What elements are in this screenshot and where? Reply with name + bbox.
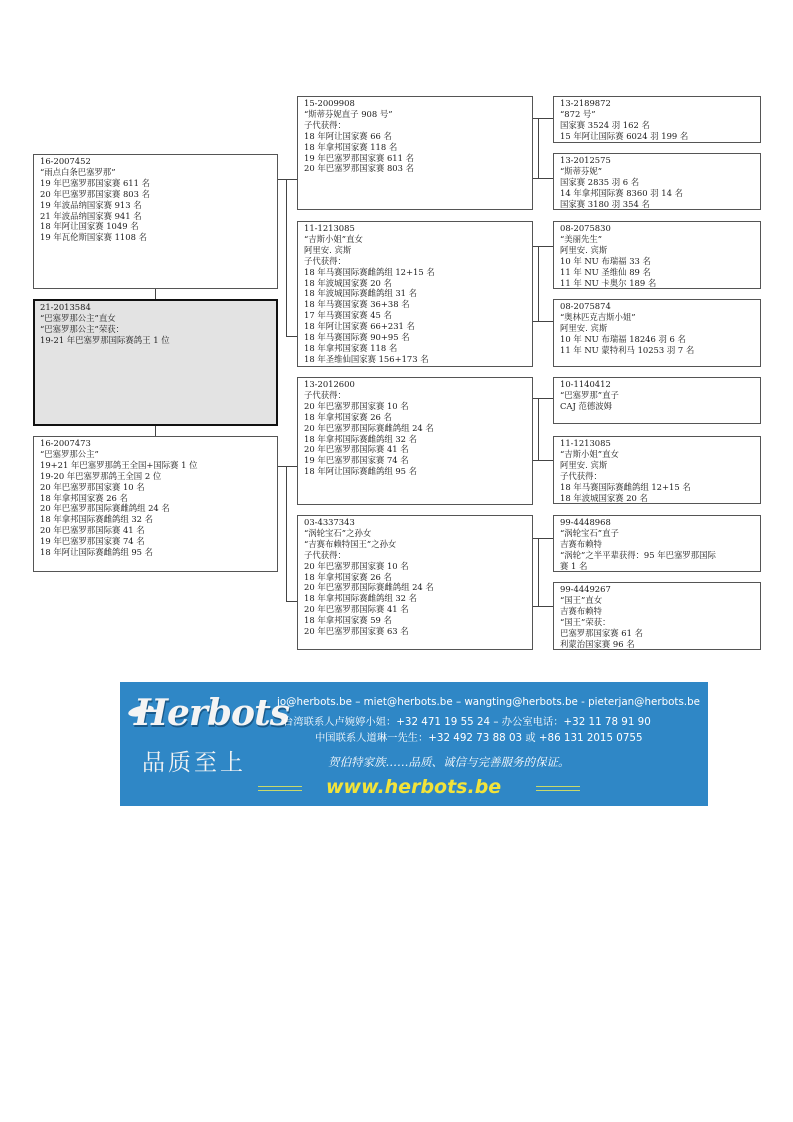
result-line: 14 年拿邦国际赛 8360 羽 14 名	[560, 188, 760, 199]
result-line: 18 年拿邦国家赛 118 名	[304, 343, 532, 354]
ring-number: 08-2075830	[560, 223, 760, 234]
connector	[533, 321, 553, 322]
connector	[538, 118, 539, 178]
result-line: 20 年巴塞罗那国家赛 803 名	[40, 189, 277, 200]
ring-number: 03-4337343	[304, 517, 532, 528]
pigeon-name: “吉赛布赖特国王”之孙女	[304, 539, 532, 550]
pedigree-card-dam: 16-2007473 “巴塞罗那公主” 19+21 年巴塞罗那鸽王全国+国际赛 …	[33, 436, 278, 572]
connector	[286, 466, 287, 601]
pigeon-name: “斯蒂芬妮直子 908 号”	[304, 109, 532, 120]
result-line: 利蒙治国家赛 96 名	[560, 639, 760, 650]
result-line: 18 年阿让国际赛雌鸽组 95 名	[304, 466, 532, 477]
result-line: “国王”荣获：	[560, 617, 760, 628]
result-line: 18 年阿让国家赛 66+231 名	[304, 321, 532, 332]
pedigree-card-subject: 21-2013584 “巴塞罗那公主”直女 “巴塞罗那公主”荣获： 19-21 …	[33, 299, 278, 426]
ring-number: 13-2189872	[560, 98, 760, 109]
result-line: 20 年巴塞罗那国家赛 63 名	[304, 626, 532, 637]
pigeon-name: “涡轮宝石”直子	[560, 528, 760, 539]
result-line: 国家赛 3524 羽 162 名	[560, 120, 760, 131]
pigeon-name: “国王”直女	[560, 595, 760, 606]
breeder: 阿里安. 宾斯	[560, 323, 760, 334]
result-line: 国家赛 3180 羽 354 名	[560, 199, 760, 210]
result-line: 子代获得：	[304, 256, 532, 267]
result-line: 19-20 年巴塞罗那鸽王全国 2 位	[40, 471, 277, 482]
pedigree-card-ggp-5: 10-1140412 “巴塞罗那”直子 CAJ 范德波姆	[553, 377, 761, 424]
pedigree-card-ggp-8: 99-4449267 “国王”直女 吉赛布赖特 “国王”荣获： 巴塞罗那国家赛 …	[553, 582, 761, 650]
connector	[286, 336, 297, 337]
result-line: 子代获得：	[304, 390, 532, 401]
connector	[286, 601, 297, 602]
breeder: CAJ 范德波姆	[560, 401, 760, 412]
decorative-divider	[536, 786, 580, 791]
breeder: 吉赛布赖特	[560, 606, 760, 617]
result-line: 18 年圣维仙国家赛 156+173 名	[304, 354, 532, 365]
pigeon-name: “美丽先生”	[560, 234, 760, 245]
result-line: 20 年巴塞罗那国际赛 41 名	[304, 444, 532, 455]
result-line: 子代获得：	[304, 550, 532, 561]
result-line: 20 年巴塞罗那国际赛 41 名	[40, 525, 277, 536]
ring-number: 13-2012600	[304, 379, 532, 390]
result-line: 18 年波城国家赛 20 名	[304, 278, 532, 289]
result-line: 18 年阿让国家赛 1049 名	[40, 221, 277, 232]
pedigree-card-ggp-3: 08-2075830 “美丽先生” 阿里安. 宾斯 10 年 NU 布瑞福 33…	[553, 221, 761, 289]
connector	[538, 246, 539, 321]
pigeon-name: “巴塞罗那公主”	[40, 449, 277, 460]
result-line: 17 年马赛国家赛 45 名	[304, 310, 532, 321]
result-line: 19 年巴塞罗那国家赛 611 名	[304, 153, 532, 164]
pedigree-card-ggp-6: 11-1213085 “吉斯小姐”直女 阿里安. 宾斯 子代获得： 18 年马赛…	[553, 436, 761, 504]
email-contacts[interactable]: jo@herbots.be – miet@herbots.be – wangti…	[277, 696, 700, 708]
pigeon-name: “巴塞罗那公主”直女	[40, 313, 276, 324]
result-line: 10 年 NU 布瑞福 33 名	[560, 256, 760, 267]
result-line: 18 年拿邦国家赛 59 名	[304, 615, 532, 626]
result-line: 18 年波城国家赛 20 名	[560, 493, 760, 504]
breeder: 阿里安. 宾斯	[304, 245, 532, 256]
result-line: 20 年巴塞罗那国际赛雌鸽组 24 名	[40, 503, 277, 514]
pigeon-name: “巴塞罗那”直子	[560, 390, 760, 401]
result-line: “巴塞罗那公主”荣获：	[40, 324, 276, 335]
pedigree-card-sire: 16-2007452 “雨点白条巴塞罗那” 19 年巴塞罗那国家赛 611 名 …	[33, 154, 278, 289]
result-line: 19 年波品纳国家赛 913 名	[40, 200, 277, 211]
ring-number: 15-2009908	[304, 98, 532, 109]
pigeon-name: “吉斯小姐”直女	[304, 234, 532, 245]
ring-number: 10-1140412	[560, 379, 760, 390]
pedigree-card-ggp-7: 99-4448968 “涡轮宝石”直子 吉赛布赖特 “涡轮”之半平辈获得：95 …	[553, 515, 761, 572]
herbots-banner: Herbots 品质至上 jo@herbots.be – miet@herbot…	[120, 682, 708, 806]
ring-number: 11-1213085	[304, 223, 532, 234]
connector	[533, 246, 553, 247]
connector	[533, 538, 553, 539]
result-line: 20 年巴塞罗那国际赛雌鸽组 24 名	[304, 423, 532, 434]
result-line: 18 年拿邦国家赛 26 名	[304, 412, 532, 423]
result-line: 19 年巴塞罗那国家赛 74 名	[304, 455, 532, 466]
result-line: 巴塞罗那国家赛 61 名	[560, 628, 760, 639]
result-line: 20 年巴塞罗那国家赛 10 名	[304, 401, 532, 412]
pigeon-name: “涡轮宝石”之孙女	[304, 528, 532, 539]
result-line: “涡轮”之半平辈获得：95 年巴塞罗那国际	[560, 550, 760, 561]
china-contact: 中国联系人道琳一先生：+32 492 73 88 03 或 +86 131 20…	[315, 729, 643, 744]
result-line: 子代获得：	[304, 120, 532, 131]
connector	[533, 460, 553, 461]
result-line: 18 年阿让国家赛 66 名	[304, 131, 532, 142]
result-line: 18 年马赛国际赛雌鸽组 12+15 名	[560, 482, 760, 493]
result-line: 20 年巴塞罗那国家赛 10 名	[40, 482, 277, 493]
result-line: 18 年波城国际赛雌鸽组 31 名	[304, 288, 532, 299]
result-line: 20 年巴塞罗那国家赛 10 名	[304, 561, 532, 572]
pedigree-card-dam-dam: 03-4337343 “涡轮宝石”之孙女 “吉赛布赖特国王”之孙女 子代获得： …	[297, 515, 533, 650]
result-line: 15 年阿让国际赛 6024 羽 199 名	[560, 131, 760, 142]
result-line: 11 年 NU 圣维仙 89 名	[560, 267, 760, 278]
connector	[286, 179, 287, 336]
result-line: 子代获得：	[560, 471, 760, 482]
result-line: 18 年阿让国际赛雌鸽组 95 名	[40, 547, 277, 558]
connector	[533, 398, 553, 399]
breeder: 阿里安. 宾斯	[560, 460, 760, 471]
result-line: 20 年巴塞罗那国际赛 41 名	[304, 604, 532, 615]
pedigree-card-ggp-2: 13-2012575 “斯蒂芬妮” 国家赛 2835 羽 6 名 14 年拿邦国…	[553, 153, 761, 210]
result-line: 20 年巴塞罗那国家赛 803 名	[304, 163, 532, 174]
result-line: 19 年巴塞罗那国家赛 74 名	[40, 536, 277, 547]
pedigree-card-ggp-1: 13-2189872 “872 号” 国家赛 3524 羽 162 名 15 年…	[553, 96, 761, 143]
result-line: 18 年拿邦国际赛雌鸽组 32 名	[304, 593, 532, 604]
ring-number: 21-2013584	[40, 302, 276, 313]
pigeon-name: “吉斯小姐”直女	[560, 449, 760, 460]
decorative-divider	[258, 786, 302, 791]
result-line: 20 年巴塞罗那国际赛雌鸽组 24 名	[304, 582, 532, 593]
result-line: 赛 1 名	[560, 561, 760, 572]
taiwan-contact: 台湾联系人卢婉婷小姐：+32 471 19 55 24 – 办公室电话：+32 …	[283, 713, 651, 728]
connector	[533, 606, 553, 607]
result-line: 19 年巴塞罗那国家赛 611 名	[40, 178, 277, 189]
result-line: 18 年马赛国际赛 90+95 名	[304, 332, 532, 343]
result-line: 18 年马赛国际赛雌鸽组 12+15 名	[304, 267, 532, 278]
ring-number: 16-2007473	[40, 438, 277, 449]
slogan: 品质至上	[142, 744, 246, 777]
pedigree-card-dam-sire: 13-2012600 子代获得： 20 年巴塞罗那国家赛 10 名 18 年拿邦…	[297, 377, 533, 505]
ring-number: 13-2012575	[560, 155, 760, 166]
connector	[533, 178, 553, 179]
ring-number: 99-4448968	[560, 517, 760, 528]
result-line: 18 年拿邦国家赛 26 名	[40, 493, 277, 504]
result-line: 18 年拿邦国际赛雌鸽组 32 名	[40, 514, 277, 525]
result-line: 21 年波品纳国家赛 941 名	[40, 211, 277, 222]
breeder: 阿里安. 宾斯	[560, 245, 760, 256]
connector	[538, 398, 539, 460]
pigeon-name: “872 号”	[560, 109, 760, 120]
connector	[538, 538, 539, 606]
result-line: 10 年 NU 布瑞福 18246 羽 6 名	[560, 334, 760, 345]
result-line: 18 年拿邦国家赛 118 名	[304, 142, 532, 153]
herbots-logo: Herbots	[134, 692, 289, 734]
result-line: 国家赛 2835 羽 6 名	[560, 177, 760, 188]
result-line: 19-21 年巴塞罗那国际赛鸽王 1 位	[40, 335, 276, 346]
ring-number: 16-2007452	[40, 156, 277, 167]
pigeon-name: “斯蒂芬妮”	[560, 166, 760, 177]
connector	[286, 466, 297, 467]
connector	[286, 179, 297, 180]
result-line: 19 年瓦伦斯国家赛 1108 名	[40, 232, 277, 243]
pedigree-card-ggp-4: 08-2075874 “奥林匹克吉斯小姐” 阿里安. 宾斯 10 年 NU 布瑞…	[553, 299, 761, 367]
result-line: 18 年马赛国家赛 36+38 名	[304, 299, 532, 310]
connector	[533, 118, 553, 119]
pedigree-card-sire-sire: 15-2009908 “斯蒂芬妮直子 908 号” 子代获得： 18 年阿让国家…	[297, 96, 533, 210]
ring-number: 11-1213085	[560, 438, 760, 449]
breeder: 吉赛布赖特	[560, 539, 760, 550]
tagline: 贺伯特家族……品质、诚信与完善服务的保证。	[328, 754, 570, 770]
pedigree-card-sire-dam: 11-1213085 “吉斯小姐”直女 阿里安. 宾斯 子代获得： 18 年马赛…	[297, 221, 533, 367]
pigeon-name: “雨点白条巴塞罗那”	[40, 167, 277, 178]
pigeon-name: “奥林匹克吉斯小姐”	[560, 312, 760, 323]
result-line: 18 年拿邦国家赛 26 名	[304, 572, 532, 583]
result-line: 11 年 NU 蒙特利马 10253 羽 7 名	[560, 345, 760, 356]
ring-number: 08-2075874	[560, 301, 760, 312]
result-line: 11 年 NU 卡奥尔 189 名	[560, 278, 760, 289]
result-line: 18 年拿邦国际赛雌鸽组 32 名	[304, 434, 532, 445]
result-line: 19+21 年巴塞罗那鸽王全国+国际赛 1 位	[40, 460, 277, 471]
ring-number: 99-4449267	[560, 584, 760, 595]
website-link[interactable]: www.herbots.be	[326, 776, 501, 798]
